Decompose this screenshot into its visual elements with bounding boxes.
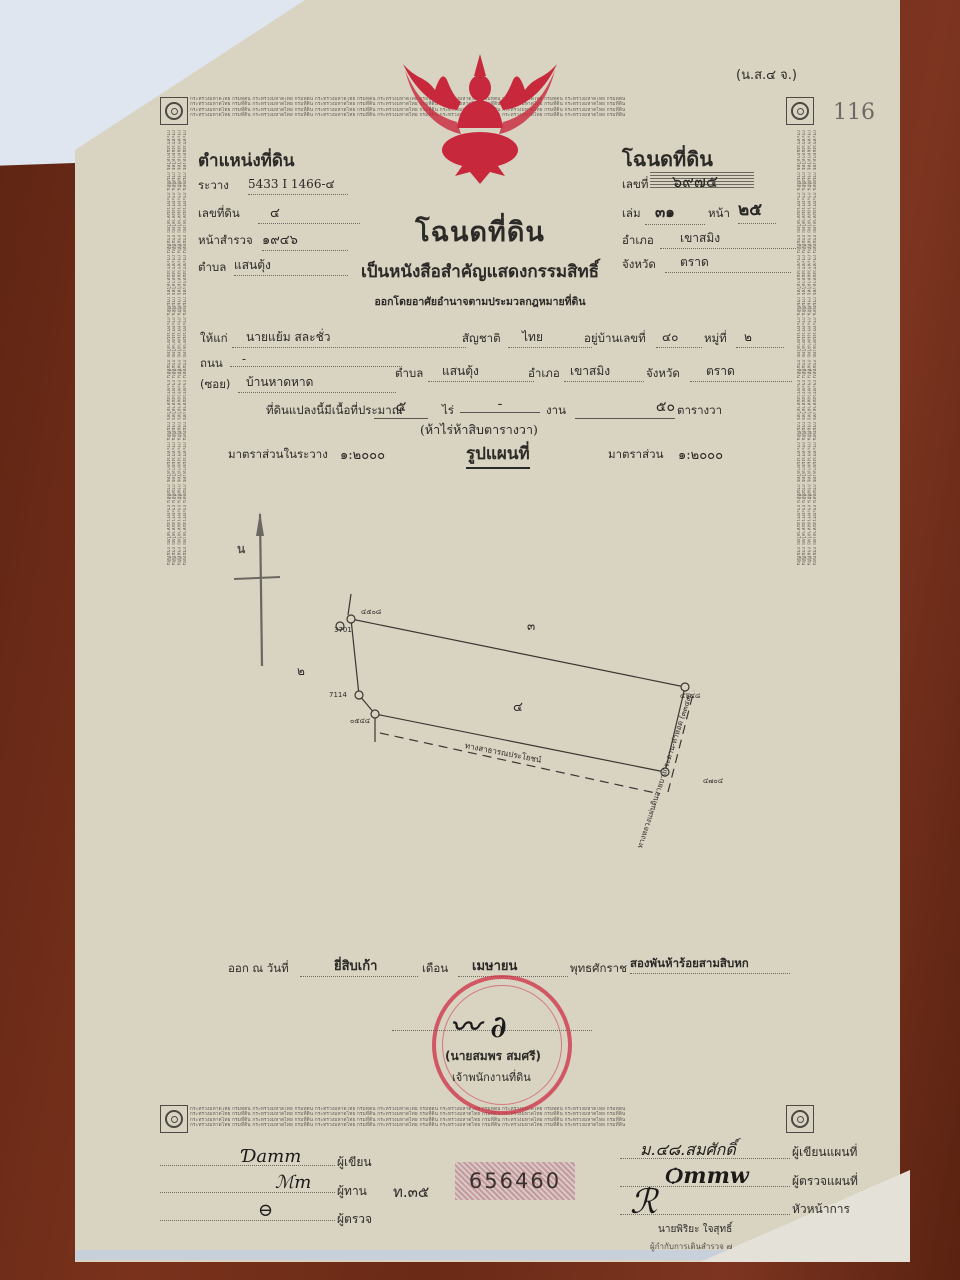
form-number: ท.๓๕ xyxy=(393,1180,429,1204)
chief-signature: ℛ xyxy=(630,1182,657,1222)
moo-value: ๒ xyxy=(736,328,784,348)
issued-day-value: ยี่สิบเก้า xyxy=(300,955,418,977)
boundary-marker-label: 3701 xyxy=(334,626,352,634)
officer-title: เจ้าพนักงานที่ดิน xyxy=(452,1068,531,1086)
area-ngan-label: งาน xyxy=(546,402,566,420)
plan-scale-value: ๑:๒๐๐๐ xyxy=(678,444,723,465)
writer-role: ผู้เขียน xyxy=(337,1153,372,1172)
issued-month-value: เมษายน xyxy=(458,955,568,977)
owner-province-label: จังหวัด xyxy=(646,365,680,383)
plan-scale-label: มาตราส่วน xyxy=(608,446,663,464)
issued-year-label: พุทธศักราช xyxy=(570,960,627,978)
reviewer-role: ผู้ทาน xyxy=(337,1182,367,1201)
house-number-label: อยู่บ้านเลขที่ xyxy=(584,330,646,348)
map-writer-role: ผู้เขียนแผนที่ xyxy=(792,1143,857,1162)
issued-year-value: สองพันห้าร้อยสามสิบหก xyxy=(630,955,790,974)
writer-signature: Ɗamm xyxy=(242,1146,301,1167)
owner-subdistrict-value: แสนตุ้ง xyxy=(428,362,534,382)
corner-ornament-icon xyxy=(786,1105,814,1133)
inspector-signature-line xyxy=(160,1220,335,1221)
document-title: โฉนดที่ดิน xyxy=(0,210,960,253)
map-writer-signature: ม.๔๘.สมศักดิ์ xyxy=(640,1138,736,1163)
soi-label: (ซอย) xyxy=(200,376,230,394)
map-checker-role: ผู้ตรวจแผนที่ xyxy=(792,1172,858,1191)
form-code: (น.ส.๔ จ.) xyxy=(736,64,797,85)
inspector-signature: ⊖ xyxy=(258,1200,273,1221)
moo-label: หมู่ที่ xyxy=(704,330,727,348)
corner-ornament-icon xyxy=(160,1105,188,1133)
officer-signature: 〰 ∂ xyxy=(450,1002,506,1046)
reviewer-signature: ℳm xyxy=(275,1172,311,1193)
owner-district-label: อำเภอ xyxy=(528,365,560,383)
north-label: น xyxy=(237,540,245,559)
pen-annotation: 116 xyxy=(833,100,875,125)
owner-district-value: เขาสมิง xyxy=(564,362,644,382)
serial-number: 656460 xyxy=(469,1169,561,1193)
supervisor-name: นายพิริยะ ใจสุทธิ์ xyxy=(658,1222,732,1237)
survey-sheet-label: ระวาง xyxy=(198,177,229,195)
road-label: ถนน xyxy=(200,355,223,373)
soi-value: บ้านหาดหาด xyxy=(238,373,396,393)
serial-number-box: 656460 xyxy=(455,1162,575,1200)
owner-name: นายแย้ม สละชั่ว xyxy=(232,328,466,348)
issued-date-label: ออก ณ วันที่ xyxy=(228,960,289,978)
corner-ornament-icon xyxy=(160,97,188,125)
document-subtitle: เป็นหนังสือสำคัญแสดงกรรมสิทธิ์ xyxy=(0,258,960,285)
owner-province-value: ตราด xyxy=(690,362,792,382)
owner-subdistrict-label: ตำบล xyxy=(395,365,423,383)
area-in-words: (ห้าไร่ห้าสิบตารางวา) xyxy=(420,420,538,440)
deed-number-value: ๖๙๗๕ xyxy=(650,170,754,188)
issued-month-label: เดือน xyxy=(422,960,448,978)
owner-label: ให้แก่ xyxy=(200,330,228,348)
boundary-marker-label: ๔๕๐๘ xyxy=(361,607,381,618)
house-number-value: ๔๐ xyxy=(656,328,702,348)
deed-number-label: เลขที่ xyxy=(622,176,648,194)
corner-ornament-icon xyxy=(786,97,814,125)
chief-role: หัวหน้าการ xyxy=(792,1200,850,1219)
parcel-plan-drawing xyxy=(220,500,780,880)
inspector-role: ผู้ตรวจ xyxy=(337,1210,372,1229)
plan-title: รูปแผนที่ xyxy=(466,440,530,469)
area-rai-label: ไร่ xyxy=(442,402,454,420)
map-checker-signature: Ѻmmw xyxy=(665,1163,749,1189)
boundary-marker-label: ๔๗๐๔ xyxy=(703,776,723,787)
nationality-value: ไทย xyxy=(508,328,592,348)
supervisor-title: ผู้กำกับการเดินสำรวจ ๗ xyxy=(650,1240,732,1253)
area-rai-value: ๕ xyxy=(374,396,428,419)
map-scale-value: ๑:๒๐๐๐ xyxy=(340,444,385,465)
officer-name: (นายสมพร สมศรี) xyxy=(445,1047,541,1066)
road-value: - xyxy=(230,352,402,367)
north-arrow-icon xyxy=(234,512,280,666)
document-legal-basis: ออกโดยอาศัยอำนาจตามประมวลกฎหมายที่ดิน xyxy=(0,293,960,310)
area-ngan-value: - xyxy=(460,396,540,413)
survey-sheet-value: 5433 I 1466-๔ xyxy=(248,175,348,195)
parcel-number: ๔ xyxy=(513,696,523,717)
neighbor-parcel-west: ๒ xyxy=(297,662,305,681)
neighbor-parcel-north: ๓ xyxy=(527,617,535,636)
map-scale-label: มาตราส่วนในระวาง xyxy=(228,446,328,464)
area-wa-value: ๕๐ xyxy=(575,396,675,419)
boundary-marker-label: 7114 xyxy=(329,691,347,699)
boundary-marker-label: ๐๕๔๔ xyxy=(350,716,370,727)
nationality-label: สัญชาติ xyxy=(462,330,501,348)
land-position-title: ตำแหน่งที่ดิน xyxy=(198,147,295,174)
area-wa-label: ตารางวา xyxy=(677,402,722,420)
garuda-emblem-icon xyxy=(395,50,565,190)
